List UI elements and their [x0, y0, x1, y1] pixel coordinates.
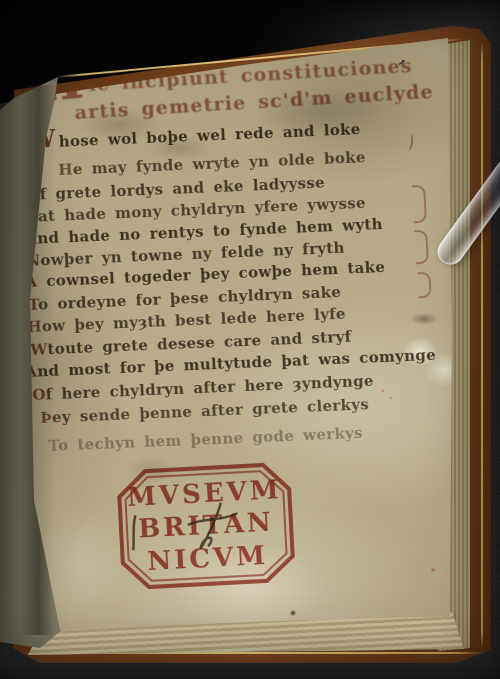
- red-couplet-bracket: [417, 272, 431, 299]
- gold-fillet-right: [481, 42, 483, 650]
- red-couplet-bracket: [414, 230, 429, 265]
- red-couplet-bracket: [412, 185, 427, 224]
- museum-stamp: MVSEVM BRITAN NICVM: [115, 460, 297, 591]
- parchment-page: 17. A 1. p. 259. , H ic incipiunt consti…: [0, 0, 500, 679]
- manuscript-photo: 17. A 1. p. 259. , H ic incipiunt consti…: [0, 0, 500, 679]
- ink-scribble: [115, 460, 297, 591]
